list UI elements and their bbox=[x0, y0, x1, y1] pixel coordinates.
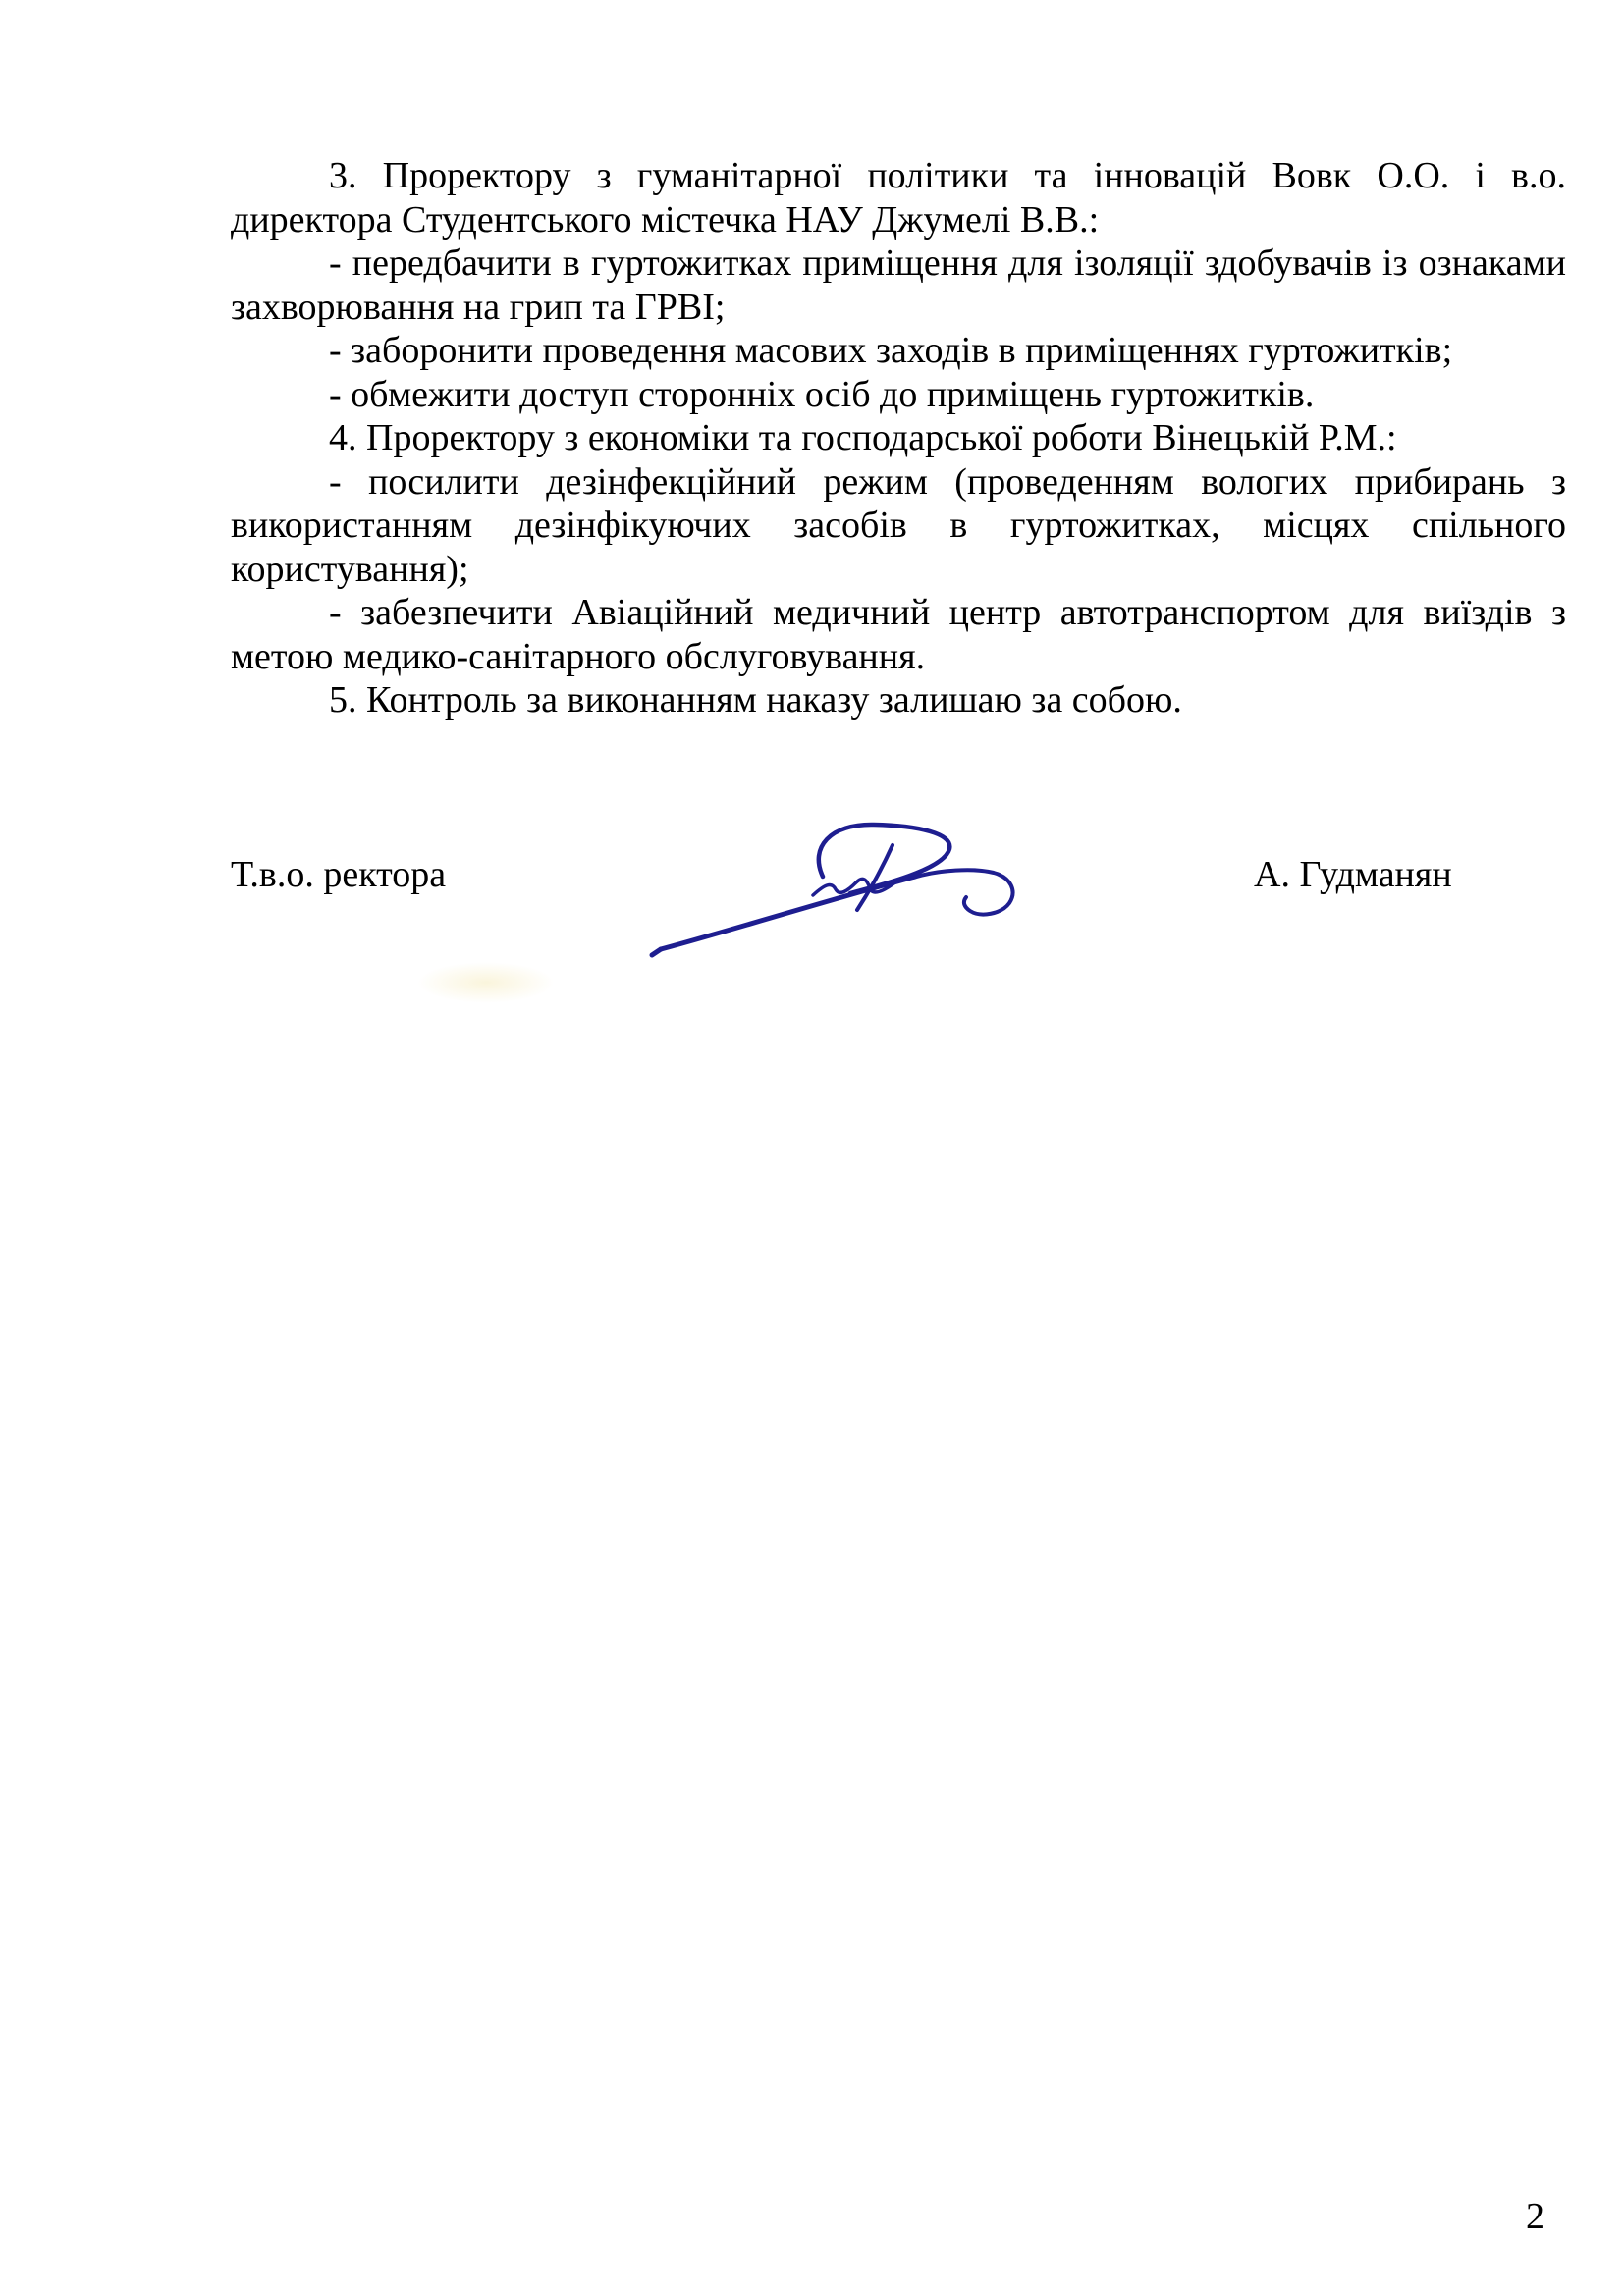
document-paragraph: - передбачити в гуртожитках приміщення д… bbox=[231, 241, 1566, 329]
document-paragraph: 5. Контроль за виконанням наказу залишаю… bbox=[231, 678, 1566, 722]
order-text-block: 3. Проректору з гуманітарної політики та… bbox=[231, 154, 1566, 722]
document-paragraph: - заборонити проведення масових заходів … bbox=[231, 329, 1566, 373]
signature-stroke bbox=[652, 825, 1012, 955]
document-paragraph: - забезпечити Авіаційний медичний центр … bbox=[231, 591, 1566, 678]
document-paragraph: 3. Проректору з гуманітарної політики та… bbox=[231, 154, 1566, 241]
paper-smudge bbox=[417, 962, 555, 1003]
signatory-position-label: Т.в.о. ректора bbox=[231, 853, 446, 896]
document-page: 3. Проректору з гуманітарної політики та… bbox=[0, 0, 1624, 2296]
document-paragraph: - обмежити доступ сторонніх осіб до прим… bbox=[231, 373, 1566, 417]
document-paragraph: 4. Проректору з економіки та господарськ… bbox=[231, 416, 1566, 460]
signatory-name-label: А. Гудманян bbox=[1254, 853, 1452, 896]
document-paragraph: - посилити дезінфекційний режим (проведе… bbox=[231, 460, 1566, 592]
page-number: 2 bbox=[1526, 2195, 1544, 2238]
signature-image bbox=[589, 800, 1060, 996]
